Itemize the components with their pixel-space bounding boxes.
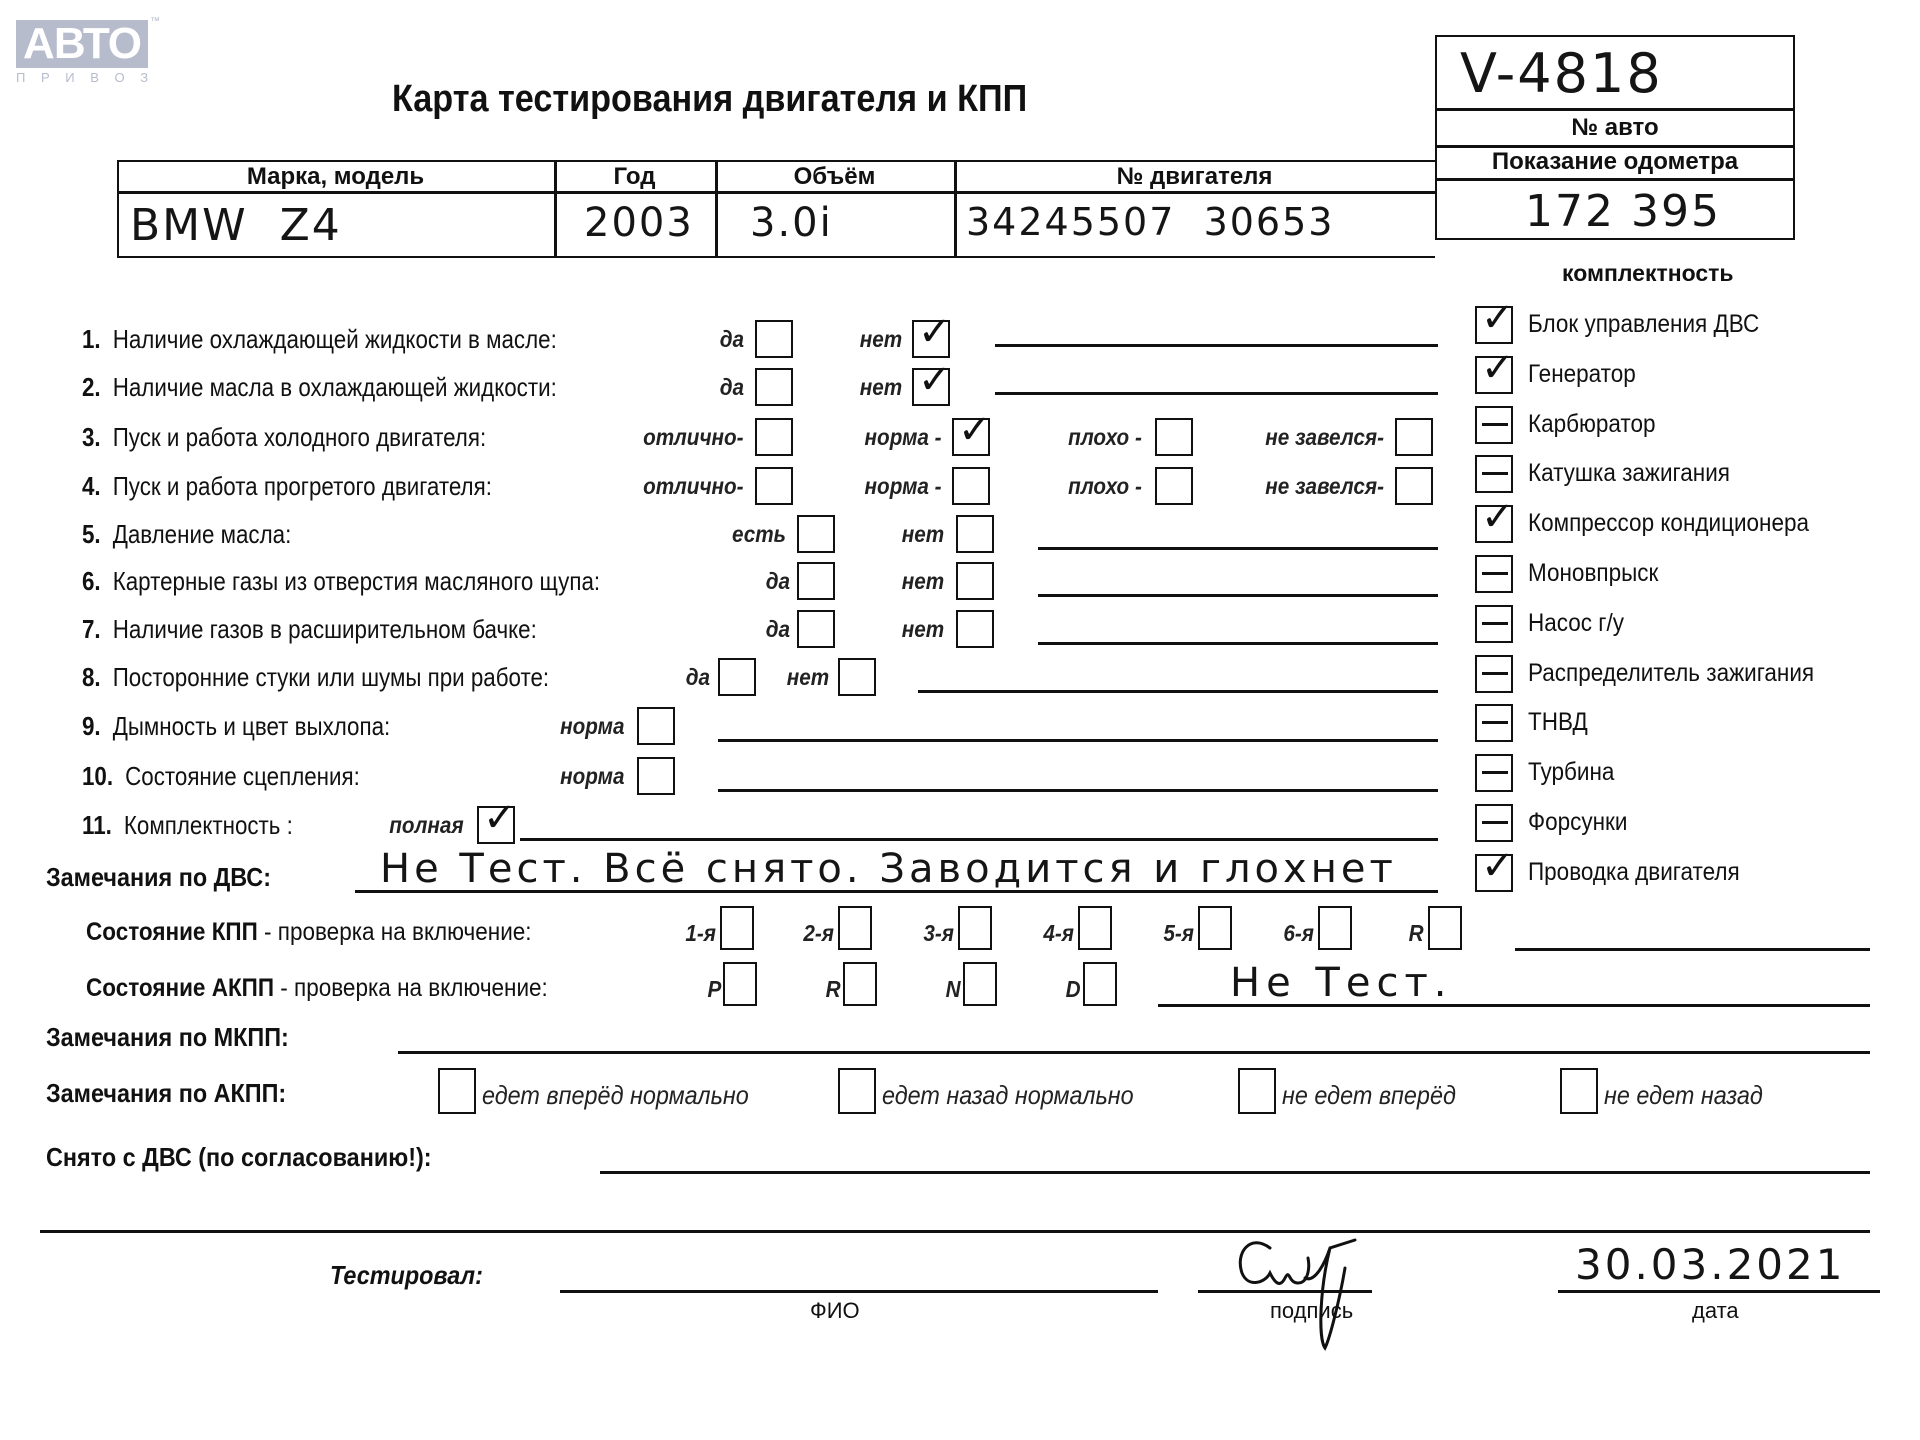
kit-item-label: Карбюратор bbox=[1528, 410, 1656, 439]
option-label: нет bbox=[860, 374, 902, 401]
kpp-label: Состояние КПП - проверка на включение: bbox=[86, 918, 532, 947]
question-number: 7. bbox=[82, 614, 101, 644]
answer-line[interactable] bbox=[718, 739, 1438, 742]
kit-checkbox[interactable] bbox=[1475, 555, 1513, 593]
kit-checkbox[interactable]: ✓ bbox=[1475, 356, 1513, 394]
gear-label: 1-я bbox=[685, 920, 716, 947]
gear-checkbox[interactable] bbox=[838, 906, 872, 950]
kit-checkbox[interactable] bbox=[1475, 406, 1513, 444]
option-label: нет bbox=[787, 664, 829, 691]
option-checkbox[interactable] bbox=[1395, 467, 1433, 505]
akpp-note-field[interactable]: Не Тест. bbox=[1230, 960, 1452, 1006]
gear-checkbox[interactable] bbox=[1318, 906, 1352, 950]
answer-line[interactable] bbox=[1038, 594, 1438, 597]
model-field[interactable]: BMW Z4 bbox=[130, 200, 342, 251]
option-checkbox[interactable] bbox=[956, 610, 994, 648]
option-checkbox[interactable]: ✓ bbox=[912, 368, 950, 406]
kit-checkbox[interactable] bbox=[1475, 655, 1513, 693]
kit-checkbox[interactable]: ✓ bbox=[1475, 306, 1513, 344]
question-number: 10. bbox=[82, 761, 113, 791]
akpp-gear-label: P bbox=[707, 976, 721, 1003]
gear-checkbox[interactable] bbox=[1078, 906, 1112, 950]
kit-checkbox[interactable] bbox=[1475, 704, 1513, 742]
question-text: Давление масла: bbox=[113, 519, 292, 549]
dash-mark-icon bbox=[1482, 472, 1508, 475]
option-checkbox[interactable] bbox=[755, 320, 793, 358]
gear-label: 6-я bbox=[1283, 920, 1314, 947]
answer-line[interactable] bbox=[1038, 642, 1438, 645]
option-checkbox[interactable] bbox=[797, 562, 835, 600]
answer-line[interactable] bbox=[995, 344, 1438, 347]
gear-label: 5-я bbox=[1163, 920, 1194, 947]
kit-checkbox[interactable] bbox=[1475, 605, 1513, 643]
answer-line[interactable] bbox=[995, 392, 1438, 395]
kit-item-label: Моновпрыск bbox=[1528, 559, 1658, 588]
odometer-label: Показание одометра bbox=[1435, 148, 1795, 176]
kit-item-label: Катушка зажигания bbox=[1528, 459, 1730, 488]
akpp-remark-checkbox[interactable] bbox=[1238, 1068, 1276, 1114]
akpp-remarks-label: Замечания по АКПП: bbox=[46, 1078, 286, 1109]
question-3: 3.Пуск и работа холодного двигателя: bbox=[82, 422, 486, 453]
page-title: Карта тестирования двигателя и КПП bbox=[392, 78, 1027, 121]
question-1: 1.Наличие охлаждающей жидкости в масле: bbox=[82, 324, 557, 355]
question-number: 2. bbox=[82, 372, 101, 402]
option-checkbox[interactable] bbox=[797, 515, 835, 553]
test-date-field[interactable]: 30.03.2021 bbox=[1575, 1240, 1845, 1289]
column-header-model: Марка, модель bbox=[117, 163, 554, 191]
option-label: нет bbox=[902, 568, 944, 595]
question-text: Пуск и работа прогретого двигателя: bbox=[113, 471, 492, 501]
option-checkbox[interactable] bbox=[1155, 467, 1193, 505]
option-checkbox[interactable] bbox=[956, 515, 994, 553]
signature-caption: подпись bbox=[1270, 1298, 1353, 1324]
car-number-label: № авто bbox=[1435, 114, 1795, 142]
kit-checkbox[interactable]: ✓ bbox=[1475, 854, 1513, 892]
option-checkbox[interactable] bbox=[637, 707, 675, 745]
akpp-label-rest: - проверка на включение: bbox=[274, 974, 548, 1002]
option-label: да bbox=[686, 664, 710, 691]
akpp-gear-label: D bbox=[1066, 976, 1081, 1003]
akpp-gear-checkbox[interactable] bbox=[723, 962, 757, 1006]
question-4: 4.Пуск и работа прогретого двигателя: bbox=[82, 471, 492, 502]
gear-checkbox[interactable] bbox=[958, 906, 992, 950]
logo-subtitle: П Р И В О З bbox=[16, 70, 154, 85]
gear-label: R bbox=[1409, 920, 1424, 947]
question-number: 3. bbox=[82, 422, 101, 452]
kit-item-label: Генератор bbox=[1528, 360, 1636, 389]
question-text: Состояние сцепления: bbox=[125, 761, 360, 791]
kit-item-label: Турбина bbox=[1528, 758, 1614, 787]
question-number: 11. bbox=[82, 810, 112, 840]
question-number: 5. bbox=[82, 519, 101, 549]
option-checkbox[interactable] bbox=[637, 757, 675, 795]
akpp-remark-checkbox[interactable] bbox=[838, 1068, 876, 1114]
option-label: не завелся- bbox=[1265, 424, 1384, 451]
logo-trademark: ™ bbox=[150, 16, 160, 27]
option-checkbox[interactable] bbox=[755, 467, 793, 505]
kpp-label-rest: - проверка на включение: bbox=[258, 918, 532, 946]
akpp-label: Состояние АКПП - проверка на включение: bbox=[86, 974, 548, 1003]
option-checkbox[interactable]: ✓ bbox=[912, 320, 950, 358]
dash-mark-icon bbox=[1482, 721, 1508, 724]
checkmark-icon: ✓ bbox=[1481, 348, 1515, 388]
question-5: 5.Давление масла: bbox=[82, 519, 291, 550]
akpp-label-bold: Состояние АКПП bbox=[86, 974, 274, 1002]
akpp-remark-label: не едет назад bbox=[1604, 1080, 1763, 1111]
question-text: Наличие охлаждающей жидкости в масле: bbox=[113, 324, 557, 354]
kit-item-label: Насос г/у bbox=[1528, 609, 1624, 638]
option-label: отлично- bbox=[644, 473, 744, 500]
kpp-label-bold: Состояние КПП bbox=[86, 918, 258, 946]
engine-number-field[interactable]: 34245507 30653 bbox=[966, 200, 1334, 244]
kit-checkbox[interactable]: ✓ bbox=[1475, 505, 1513, 543]
kit-checkbox[interactable] bbox=[1475, 754, 1513, 792]
logo-brand: АВТО bbox=[23, 19, 141, 68]
kit-item-label: Компрессор кондиционера bbox=[1528, 509, 1809, 538]
option-label: да bbox=[766, 616, 790, 643]
akpp-gear-checkbox[interactable] bbox=[963, 962, 997, 1006]
checkmark-icon: ✓ bbox=[1481, 497, 1515, 537]
question-2: 2.Наличие масла в охлаждающей жидкости: bbox=[82, 372, 557, 403]
tested-by-label: Тестировал: bbox=[330, 1260, 483, 1291]
engine-remarks-field[interactable]: Не Тест. Всё снято. Заводится и глохнет bbox=[380, 846, 1397, 892]
kit-checkbox[interactable] bbox=[1475, 455, 1513, 493]
avto-privoz-logo: АВТО bbox=[16, 20, 148, 68]
option-label: нет bbox=[860, 326, 902, 353]
question-number: 6. bbox=[82, 566, 101, 596]
column-header-volume: Объём bbox=[715, 163, 954, 191]
gear-checkbox[interactable] bbox=[1428, 906, 1462, 950]
answer-line[interactable] bbox=[1038, 547, 1438, 550]
option-checkbox[interactable] bbox=[1155, 418, 1193, 456]
akpp-gear-label: R bbox=[826, 976, 841, 1003]
year-field[interactable]: 2003 bbox=[584, 200, 694, 246]
dash-mark-icon bbox=[1482, 771, 1508, 774]
question-10: 10.Состояние сцепления: bbox=[82, 761, 360, 792]
question-11: 11.Комплектность : bbox=[82, 810, 293, 841]
option-label: есть bbox=[732, 521, 786, 548]
answer-line[interactable] bbox=[520, 838, 1438, 841]
dash-mark-icon bbox=[1482, 572, 1508, 575]
kit-item-label: Распределитель зажигания bbox=[1528, 659, 1814, 688]
option-label: норма bbox=[560, 763, 624, 790]
akpp-remark-checkbox[interactable] bbox=[1560, 1068, 1598, 1114]
question-7: 7.Наличие газов в расширительном бачке: bbox=[82, 614, 537, 645]
dash-mark-icon bbox=[1482, 622, 1508, 625]
gear-label: 3-я bbox=[923, 920, 954, 947]
question-number: 8. bbox=[82, 662, 101, 692]
akpp-gear-checkbox[interactable] bbox=[1083, 962, 1117, 1006]
option-label: да bbox=[720, 374, 744, 401]
date-caption: дата bbox=[1692, 1298, 1739, 1324]
akpp-gear-checkbox[interactable] bbox=[843, 962, 877, 1006]
checkmark-icon: ✓ bbox=[1481, 298, 1515, 338]
question-6: 6.Картерные газы из отверстия масляного … bbox=[82, 566, 600, 597]
gear-label: 2-я bbox=[803, 920, 834, 947]
question-number: 9. bbox=[82, 711, 101, 741]
gear-checkbox[interactable] bbox=[720, 906, 754, 950]
checkmark-icon: ✓ bbox=[483, 798, 517, 838]
option-checkbox[interactable] bbox=[952, 467, 990, 505]
question-text: Пуск и работа холодного двигателя: bbox=[113, 422, 486, 452]
akpp-gear-label: N bbox=[946, 976, 961, 1003]
akpp-remark-label: едет назад нормально bbox=[882, 1080, 1134, 1111]
option-checkbox[interactable] bbox=[718, 658, 756, 696]
option-label: нет bbox=[902, 616, 944, 643]
answer-line[interactable] bbox=[718, 789, 1438, 792]
option-checkbox[interactable]: ✓ bbox=[952, 418, 990, 456]
removed-label: Снято с ДВС (по согласованию!): bbox=[46, 1142, 432, 1173]
answer-line[interactable] bbox=[918, 690, 1438, 693]
kit-item-label: Проводка двигателя bbox=[1528, 858, 1740, 887]
option-label: да bbox=[720, 326, 744, 353]
dash-mark-icon bbox=[1482, 672, 1508, 675]
option-label: плохо - bbox=[1068, 424, 1142, 451]
question-text: Дымность и цвет выхлопа: bbox=[113, 711, 391, 741]
option-label: норма bbox=[560, 713, 624, 740]
signature-scribble-icon bbox=[1230, 1228, 1410, 1358]
kit-item-label: Блок управления ДВС bbox=[1528, 310, 1759, 339]
option-checkbox[interactable] bbox=[838, 658, 876, 696]
odometer-field[interactable]: 172 395 bbox=[1525, 186, 1721, 237]
option-label: не завелся- bbox=[1265, 473, 1384, 500]
question-number: 1. bbox=[82, 324, 101, 354]
gear-checkbox[interactable] bbox=[1198, 906, 1232, 950]
gear-label: 4-я bbox=[1043, 920, 1074, 947]
option-checkbox[interactable]: ✓ bbox=[477, 806, 515, 844]
option-label: нет bbox=[902, 521, 944, 548]
question-8: 8.Посторонние стуки или шумы при работе: bbox=[82, 662, 549, 693]
car-number-field[interactable]: V-4818 bbox=[1460, 42, 1663, 105]
akpp-remark-label: не едет вперёд bbox=[1282, 1080, 1456, 1111]
kit-title: комплектность bbox=[1562, 260, 1734, 287]
option-label: полная bbox=[390, 812, 464, 839]
kit-item-label: Форсунки bbox=[1528, 808, 1627, 837]
kit-checkbox[interactable] bbox=[1475, 804, 1513, 842]
mkpp-remarks-label: Замечания по МКПП: bbox=[46, 1022, 289, 1053]
question-text: Наличие газов в расширительном бачке: bbox=[113, 614, 537, 644]
column-header-engine-number: № двигателя bbox=[954, 163, 1435, 191]
signature[interactable] bbox=[1230, 1228, 1410, 1363]
option-label: отлично- bbox=[644, 424, 744, 451]
option-label: норма - bbox=[865, 424, 942, 451]
akpp-remark-checkbox[interactable] bbox=[438, 1068, 476, 1114]
question-text: Картерные газы из отверстия масляного щу… bbox=[113, 566, 600, 596]
checkmark-icon: ✓ bbox=[958, 410, 992, 450]
option-label: норма - bbox=[865, 473, 942, 500]
question-9: 9.Дымность и цвет выхлопа: bbox=[82, 711, 390, 742]
column-header-year: Год bbox=[554, 163, 715, 191]
dash-mark-icon bbox=[1482, 821, 1508, 824]
option-checkbox[interactable] bbox=[755, 418, 793, 456]
akpp-remark-label: едет вперёд нормально bbox=[482, 1080, 749, 1111]
dash-mark-icon bbox=[1482, 423, 1508, 426]
engine-remarks-label: Замечания по ДВС: bbox=[46, 862, 271, 893]
fio-caption: ФИО bbox=[810, 1298, 860, 1324]
option-checkbox[interactable] bbox=[956, 562, 994, 600]
checkmark-icon: ✓ bbox=[918, 312, 952, 352]
option-label: плохо - bbox=[1068, 473, 1142, 500]
volume-field[interactable]: 3.0i bbox=[750, 200, 833, 246]
option-checkbox[interactable] bbox=[797, 610, 835, 648]
question-number: 4. bbox=[82, 471, 101, 501]
kit-item-label: ТНВД bbox=[1528, 708, 1588, 737]
option-checkbox[interactable] bbox=[755, 368, 793, 406]
option-label: да bbox=[766, 568, 790, 595]
option-checkbox[interactable] bbox=[1395, 418, 1433, 456]
question-text: Посторонние стуки или шумы при работе: bbox=[113, 662, 549, 692]
checkmark-icon: ✓ bbox=[1481, 846, 1515, 886]
question-text: Комплектность : bbox=[124, 810, 293, 840]
question-text: Наличие масла в охлаждающей жидкости: bbox=[113, 372, 557, 402]
checkmark-icon: ✓ bbox=[918, 360, 952, 400]
